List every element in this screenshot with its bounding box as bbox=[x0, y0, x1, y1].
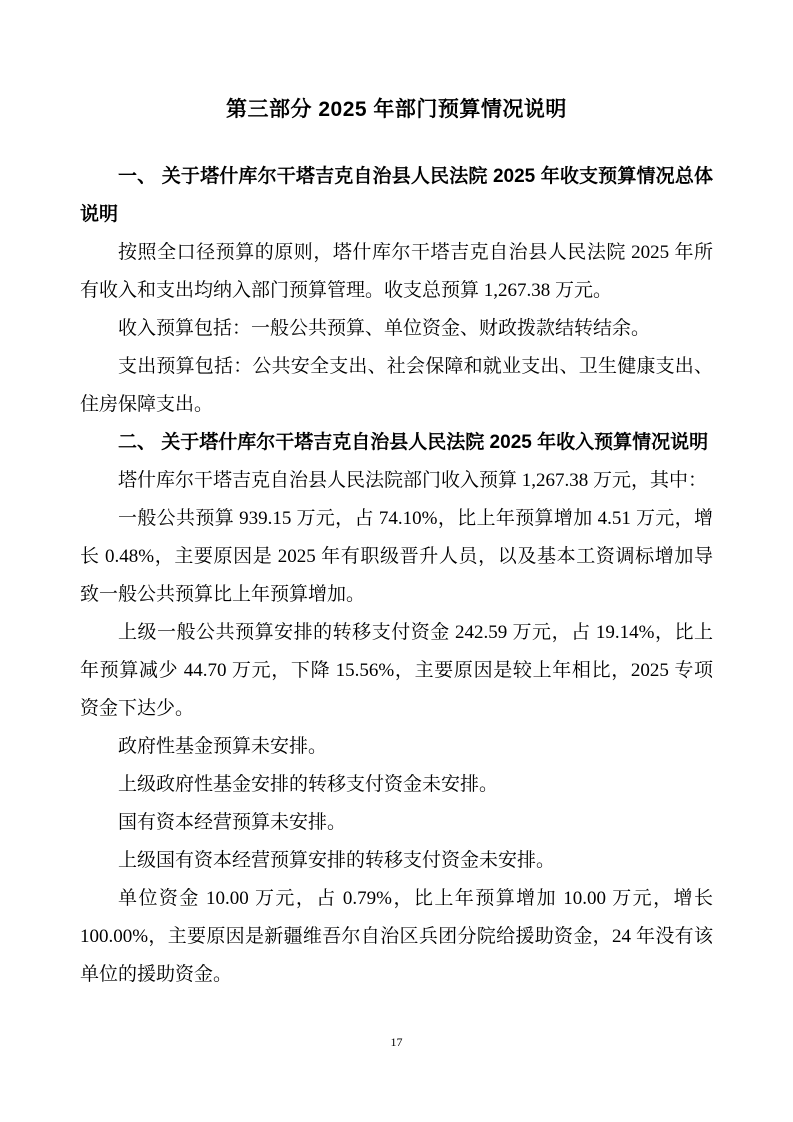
section-2-heading: 二、 关于塔什库尔干塔吉克自治县人民法院 2025 年收入预算情况说明 bbox=[80, 424, 713, 462]
section-revenue-budget: 二、 关于塔什库尔干塔吉克自治县人民法院 2025 年收入预算情况说明 塔什库尔… bbox=[80, 424, 713, 994]
paragraph-total-budget: 按照全口径预算的原则，塔什库尔干塔吉克自治县人民法院 2025 年所有收入和支出… bbox=[80, 234, 713, 310]
section-overall-budget: 一、 关于塔什库尔干塔吉克自治县人民法院 2025 年收支预算情况总体说明 按照… bbox=[80, 158, 713, 424]
paragraph-state-capital-transfer: 上级国有资本经营预算安排的转移支付资金未安排。 bbox=[80, 842, 713, 880]
document-title: 第三部分 2025 年部门预算情况说明 bbox=[80, 90, 713, 130]
page-number: 17 bbox=[0, 1035, 793, 1050]
paragraph-revenue-total: 塔什库尔干塔吉克自治县人民法院部门收入预算 1,267.38 万元，其中： bbox=[80, 462, 713, 500]
paragraph-government-fund: 政府性基金预算未安排。 bbox=[80, 728, 713, 766]
paragraph-government-fund-transfer: 上级政府性基金安排的转移支付资金未安排。 bbox=[80, 766, 713, 804]
paragraph-transfer-payment: 上级一般公共预算安排的转移支付资金 242.59 万元，占 19.14%，比上年… bbox=[80, 614, 713, 728]
paragraph-expenditure-includes: 支出预算包括：公共安全支出、社会保障和就业支出、卫生健康支出、住房保障支出。 bbox=[80, 348, 713, 424]
document-page: 第三部分 2025 年部门预算情况说明 一、 关于塔什库尔干塔吉克自治县人民法院… bbox=[0, 0, 793, 1122]
paragraph-unit-funds: 单位资金 10.00 万元，占 0.79%，比上年预算增加 10.00 万元，增… bbox=[80, 880, 713, 994]
paragraph-state-capital: 国有资本经营预算未安排。 bbox=[80, 804, 713, 842]
paragraph-revenue-includes: 收入预算包括：一般公共预算、单位资金、财政拨款结转结余。 bbox=[80, 310, 713, 348]
paragraph-general-public-budget: 一般公共预算 939.15 万元，占 74.10%，比上年预算增加 4.51 万… bbox=[80, 500, 713, 614]
section-1-heading: 一、 关于塔什库尔干塔吉克自治县人民法院 2025 年收支预算情况总体说明 bbox=[80, 158, 713, 234]
